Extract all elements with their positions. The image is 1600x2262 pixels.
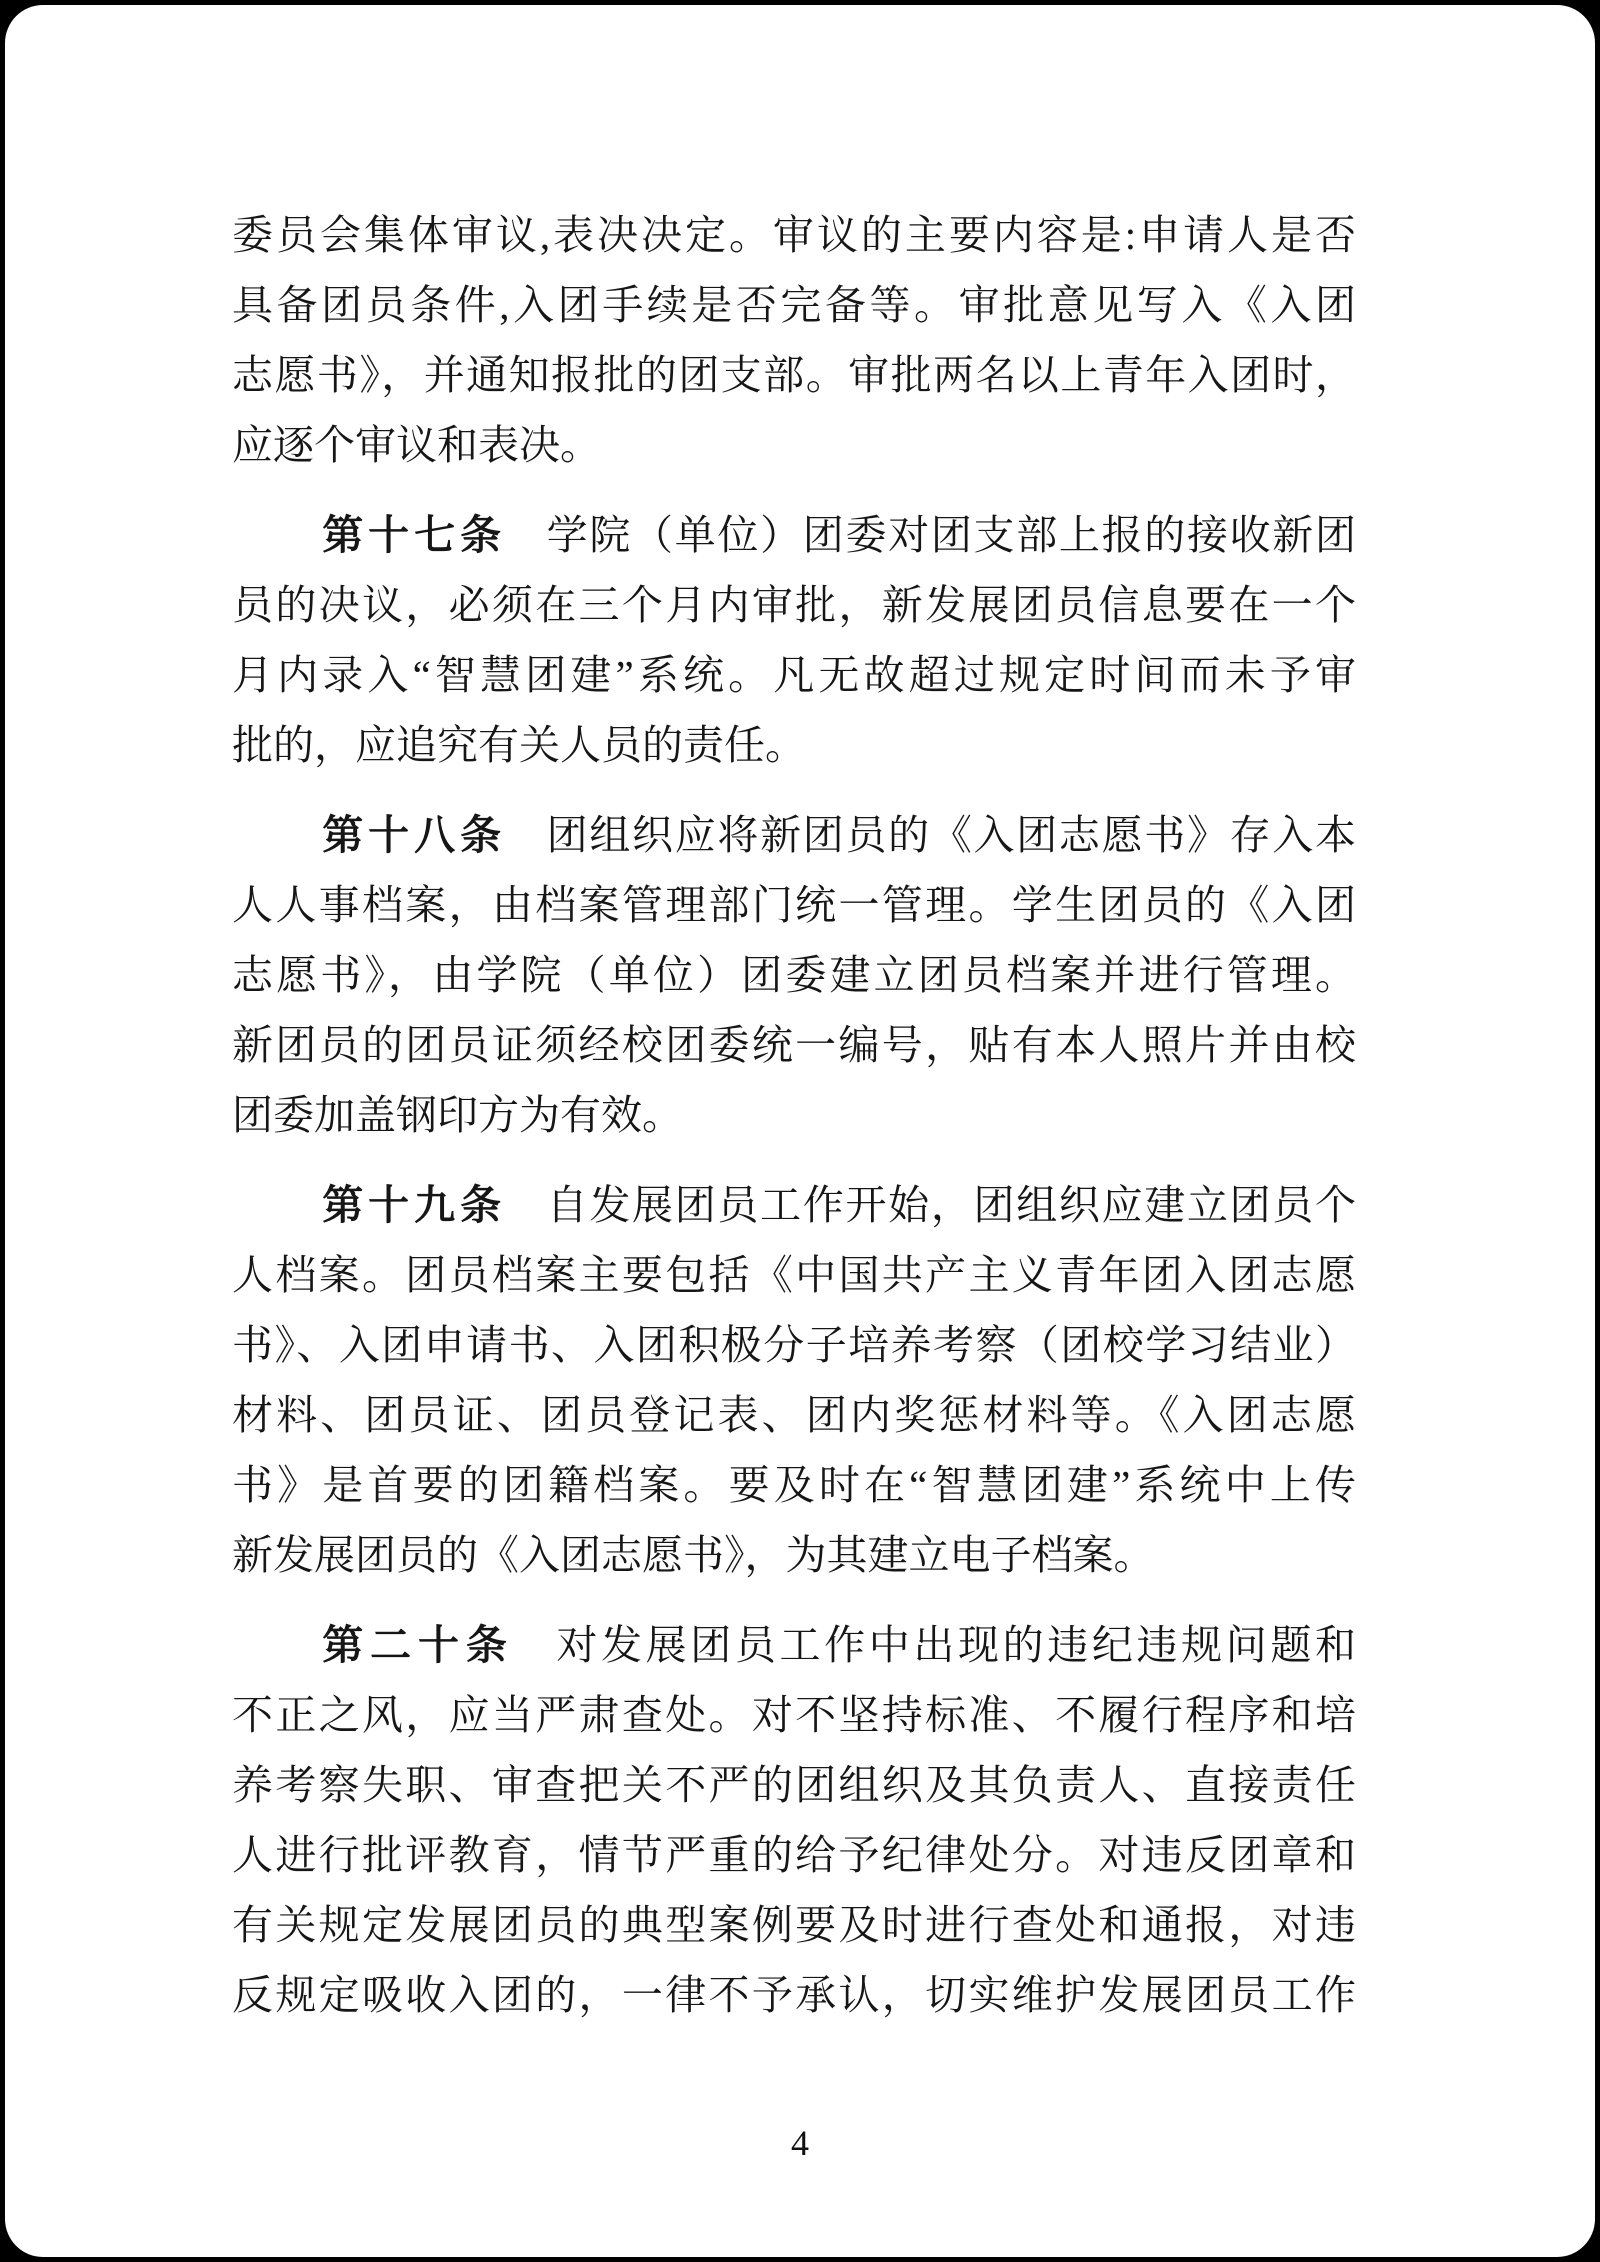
paragraph: 第十八条团组织应将新团员的《入团志愿书》存入本人人事档案，由档案管理部门统一管理… — [232, 800, 1356, 1150]
paragraph: 第二十条对发展团员工作中出现的违纪违规问题和不正之风，应当严肃查处。对不坚持标准… — [232, 1610, 1356, 2030]
text-line: 第十九条自发展团员工作开始，团组织应建立团员个 — [232, 1170, 1356, 1240]
text-line: 书》、入团申请书、入团积极分子培养考察（团校学习结业） — [232, 1310, 1356, 1380]
text-line: 志愿书》，由学院（单位）团委建立团员档案并进行管理。 — [232, 940, 1356, 1010]
text-line: 团委加盖钢印方为有效。 — [232, 1080, 1356, 1150]
article-number: 第十八条 — [322, 812, 506, 858]
text-line: 第十八条团组织应将新团员的《入团志愿书》存入本 — [232, 800, 1356, 870]
text-line: 应逐个审议和表决。 — [232, 410, 1356, 480]
text-line: 委员会集体审议,表决决定。审议的主要内容是:申请人是否 — [232, 200, 1356, 270]
paragraph: 第十九条自发展团员工作开始，团组织应建立团员个人档案。团员档案主要包括《中国共产… — [232, 1170, 1356, 1590]
text-line: 书》是首要的团籍档案。要及时在“智慧团建”系统中上传 — [232, 1450, 1356, 1520]
text-line: 人档案。团员档案主要包括《中国共产主义青年团入团志愿 — [232, 1240, 1356, 1310]
text-line: 有关规定发展团员的典型案例要及时进行查处和通报，对违 — [232, 1890, 1356, 1960]
text-line: 人人事档案，由档案管理部门统一管理。学生团员的《入团 — [232, 870, 1356, 940]
article-number: 第十九条 — [322, 1182, 506, 1228]
text-line: 志愿书》，并通知报批的团支部。审批两名以上青年入团时， — [232, 340, 1356, 410]
text-line: 反规定吸收入团的，一律不予承认，切实维护发展团员工作 — [232, 1960, 1356, 2030]
text-line: 第十七条学院（单位）团委对团支部上报的接收新团 — [232, 500, 1356, 570]
paragraph: 委员会集体审议,表决决定。审议的主要内容是:申请人是否具备团员条件,入团手续是否… — [232, 200, 1356, 480]
text-line: 批的，应追究有关人员的责任。 — [232, 710, 1356, 780]
page-number: 4 — [5, 2118, 1595, 2168]
document-page: 委员会集体审议,表决决定。审议的主要内容是:申请人是否具备团员条件,入团手续是否… — [5, 5, 1595, 2257]
text-line: 新团员的团员证须经校团委统一编号，贴有本人照片并由校 — [232, 1010, 1356, 1080]
paragraph: 第十七条学院（单位）团委对团支部上报的接收新团员的决议，必须在三个月内审批，新发… — [232, 500, 1356, 780]
text-line: 第二十条对发展团员工作中出现的违纪违规问题和 — [232, 1610, 1356, 1680]
document-body: 委员会集体审议,表决决定。审议的主要内容是:申请人是否具备团员条件,入团手续是否… — [232, 200, 1356, 2030]
text-line: 养考察失职、审查把关不严的团组织及其负责人、直接责任 — [232, 1750, 1356, 1820]
text-line: 员的决议，必须在三个月内审批，新发展团员信息要在一个 — [232, 570, 1356, 640]
text-line: 具备团员条件,入团手续是否完备等。审批意见写入《入团 — [232, 270, 1356, 340]
screenshot-root: { "page": { "background_color": "#ffffff… — [0, 0, 1600, 2262]
text-line: 人进行批评教育，情节严重的给予纪律处分。对违反团章和 — [232, 1820, 1356, 1890]
line-text: 团组织应将新团员的《入团志愿书》存入本 — [545, 812, 1356, 858]
line-text: 学院（单位）团委对团支部上报的接收新团 — [545, 512, 1356, 558]
article-number: 第二十条 — [322, 1622, 514, 1668]
line-text: 对发展团员工作中出现的违纪违规问题和 — [553, 1622, 1356, 1668]
text-line: 材料、团员证、团员登记表、团内奖惩材料等。《入团志愿 — [232, 1380, 1356, 1450]
article-number: 第十七条 — [322, 512, 506, 558]
line-text: 自发展团员工作开始，团组织应建立团员个 — [545, 1182, 1356, 1228]
text-line: 新发展团员的《入团志愿书》，为其建立电子档案。 — [232, 1520, 1356, 1590]
text-line: 月内录入“智慧团建”系统。凡无故超过规定时间而未予审 — [232, 640, 1356, 710]
text-line: 不正之风，应当严肃查处。对不坚持标准、不履行程序和培 — [232, 1680, 1356, 1750]
